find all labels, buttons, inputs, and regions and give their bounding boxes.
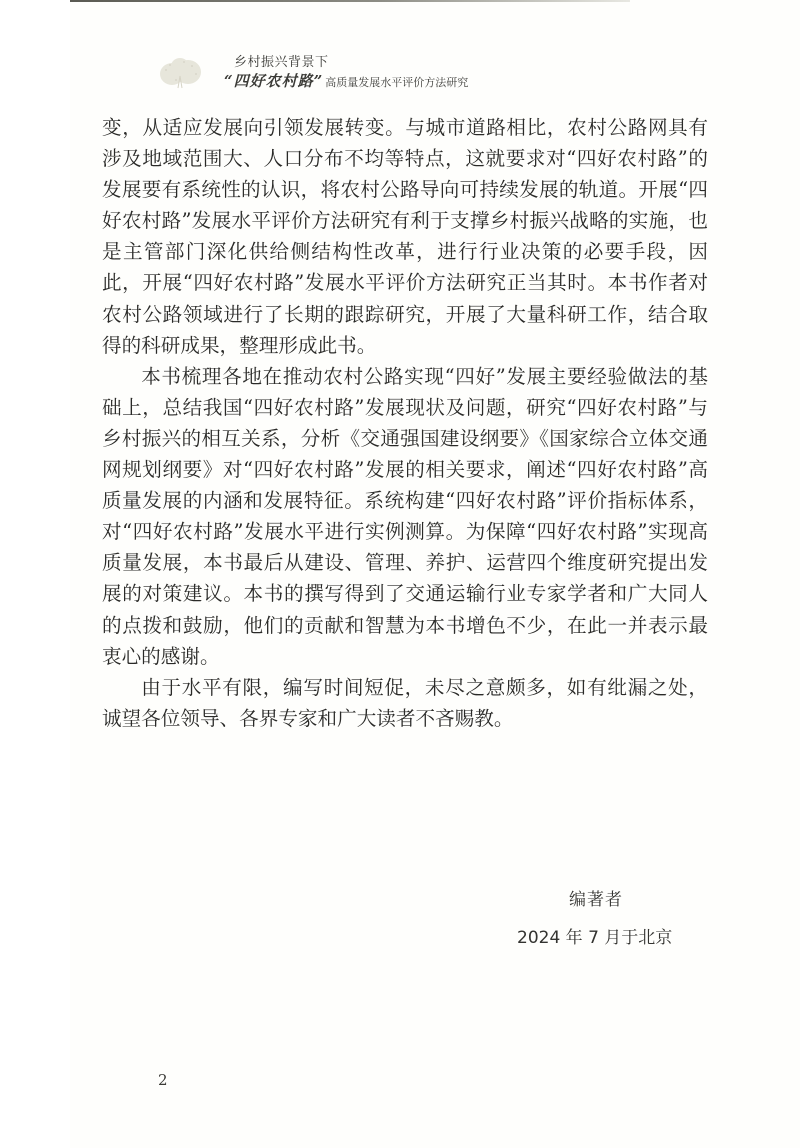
- paragraph-3: 由于水平有限，编写时间短促，未尽之意颇多，如有纰漏之处，诚望各位领导、各界专家和…: [102, 672, 708, 734]
- running-header: 乡村振兴背景下 “四好农村路”高质量发展水平评价方法研究: [158, 48, 578, 98]
- header-calligraphic-title: “四好农村路”: [224, 72, 323, 90]
- paragraph-1: 变，从适应发展向引领发展转变。与城市道路相比，农村公路网具有涉及地域范围大、人口…: [102, 112, 708, 361]
- header-title-line2: “四好农村路”高质量发展水平评价方法研究: [224, 70, 468, 91]
- header-subtitle: 高质量发展水平评价方法研究: [325, 76, 468, 89]
- rural-landscape-ornament-icon: [158, 54, 202, 90]
- page-number: 2: [158, 1071, 168, 1089]
- page-top-edge-shadow: [70, 0, 630, 2]
- signature-author: 编著者: [569, 885, 623, 910]
- header-title-line1: 乡村振兴背景下: [234, 51, 329, 70]
- paragraph-2: 本书梳理各地在推动农村公路实现“四好”发展主要经验做法的基础上，总结我国“四好农…: [102, 361, 708, 672]
- preface-body: 变，从适应发展向引领发展转变。与城市道路相比，农村公路网具有涉及地域范围大、人口…: [102, 112, 708, 734]
- signature-date-place: 2024 年 7 月于北京: [517, 923, 672, 948]
